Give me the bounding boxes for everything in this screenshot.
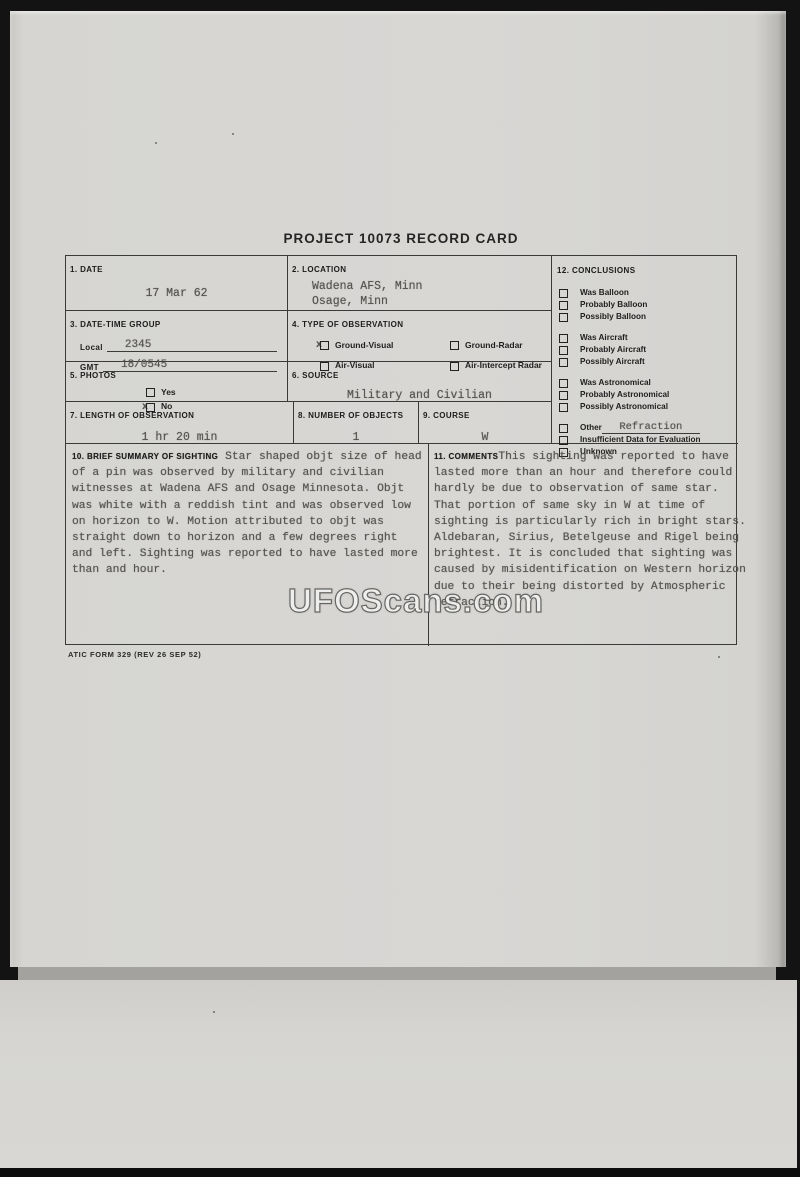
- conclusion-item-other: Other Refraction: [557, 422, 735, 434]
- conclusion-label: Was Aircraft: [580, 332, 628, 344]
- checkbox-icon: [559, 346, 568, 355]
- checkbox-icon: [559, 301, 568, 310]
- conclusion-item: Possibly Astronomical: [557, 401, 735, 413]
- conclusion-label: Was Astronomical: [580, 377, 651, 389]
- field-number-of-objects: 8. NUMBER OF OBJECTS 1: [294, 402, 419, 444]
- field-length-label: 7. LENGTH OF OBSERVATION: [70, 411, 194, 420]
- field-location-value-line1: Wadena AFS, Minn: [312, 280, 547, 293]
- scan-speck: [718, 656, 720, 658]
- field-summary-label: 10. BRIEF SUMMARY OF SIGHTING: [72, 452, 218, 461]
- conclusion-item: Probably Balloon: [557, 299, 735, 311]
- field-source: 6. SOURCE Military and Civilian: [288, 362, 552, 402]
- field-dtg-label: 3. DATE-TIME GROUP: [70, 320, 161, 329]
- field-course-value: W: [423, 431, 547, 444]
- checkbox-icon: [559, 424, 568, 433]
- checkbox-icon: [559, 403, 568, 412]
- field-course-label: 9. COURSE: [423, 411, 470, 420]
- option-ground-visual: xGround-Visual: [316, 340, 446, 351]
- scanned-document-page: { "page": { "watermark": "UFOScans.com",…: [0, 0, 800, 1177]
- conclusions-balloon-group: Was Balloon Probably Balloon Possibly Ba…: [557, 287, 735, 323]
- field-date-time-group: 3. DATE-TIME GROUP Local 2345 GMT 18/054…: [66, 311, 288, 362]
- scanner-bed-band: [0, 1168, 800, 1177]
- conclusion-label: Probably Balloon: [580, 299, 647, 311]
- lower-paper-sheet: [0, 980, 797, 1168]
- field-conclusions-label: 12. CONCLUSIONS: [557, 266, 635, 275]
- checkbox-icon: [559, 313, 568, 322]
- conclusion-item: Possibly Balloon: [557, 311, 735, 323]
- field-comments-label: 11. COMMENTS: [434, 452, 498, 461]
- field-date-value: 17 Mar 62: [70, 287, 283, 300]
- field-conclusions: 12. CONCLUSIONS Was Balloon Probably Bal…: [552, 256, 738, 444]
- conclusion-label: Possibly Astronomical: [580, 401, 668, 413]
- option-photos-yes: Yes: [142, 387, 283, 397]
- dtg-local-line: Local 2345: [80, 339, 277, 352]
- field-date: 1. DATE 17 Mar 62: [66, 256, 288, 311]
- field-photos-label: 5. PHOTOS: [70, 371, 116, 380]
- conclusion-item: Was Aircraft: [557, 332, 735, 344]
- checkbox-icon: [559, 289, 568, 298]
- dtg-local-label: Local: [80, 343, 103, 352]
- option-label: Yes: [161, 387, 176, 397]
- conclusion-label: Possibly Aircraft: [580, 356, 645, 368]
- field-photos: 5. PHOTOS Yes xNo: [66, 362, 288, 402]
- checkbox-icon: [450, 341, 459, 350]
- page-title: PROJECT 10073 RECORD CARD: [65, 231, 737, 246]
- scan-speck: [155, 142, 157, 144]
- field-course: 9. COURSE W: [419, 402, 552, 444]
- field-length-of-observation: 7. LENGTH OF OBSERVATION 1 hr 20 min: [66, 402, 294, 444]
- field-number-value: 1: [298, 431, 414, 444]
- checkbox-icon: [559, 334, 568, 343]
- conclusion-item: Probably Astronomical: [557, 389, 735, 401]
- checkbox-icon: [559, 391, 568, 400]
- field-length-value: 1 hr 20 min: [70, 431, 289, 444]
- conclusion-label: Possibly Balloon: [580, 311, 646, 323]
- checkbox-icon: [146, 388, 155, 397]
- conclusions-astronomical-group: Was Astronomical Probably Astronomical P…: [557, 377, 735, 413]
- field-summary-text: Star shaped objt size of head of a pin w…: [72, 451, 422, 576]
- field-location-value-line2: Osage, Minn: [312, 295, 547, 308]
- checkbox-icon: [320, 341, 329, 350]
- conclusion-item: Was Astronomical: [557, 377, 735, 389]
- conclusion-item: Probably Aircraft: [557, 344, 735, 356]
- option-label: Ground-Radar: [465, 340, 523, 350]
- watermark: UFOScans.com: [288, 582, 544, 620]
- conclusion-item: Was Balloon: [557, 287, 735, 299]
- conclusion-other-value: Refraction: [602, 422, 700, 434]
- field-date-label: 1. DATE: [70, 265, 103, 274]
- summary-text-block: 10. BRIEF SUMMARY OF SIGHTING Star shape…: [72, 449, 422, 579]
- conclusions-aircraft-group: Was Aircraft Probably Aircraft Possibly …: [557, 332, 735, 368]
- option-label: Ground-Visual: [335, 340, 393, 350]
- field-type-label: 4. TYPE OF OBSERVATION: [292, 320, 403, 329]
- field-location-label: 2. LOCATION: [292, 265, 346, 274]
- conclusion-other-label: Other: [580, 422, 602, 434]
- conclusion-label: Probably Aircraft: [580, 344, 646, 356]
- checkbox-icon: [559, 358, 568, 367]
- option-ground-radar: Ground-Radar: [446, 340, 547, 351]
- scan-speck: [232, 133, 234, 135]
- conclusion-label: Was Balloon: [580, 287, 629, 299]
- field-source-value: Military and Civilian: [292, 389, 547, 402]
- form-number-footer: ATIC FORM 329 (REV 26 SEP 52): [68, 650, 201, 659]
- field-type-of-observation: 4. TYPE OF OBSERVATION xGround-Visual Gr…: [288, 311, 552, 362]
- conclusion-label: Probably Astronomical: [580, 389, 669, 401]
- checkbox-icon: [559, 379, 568, 388]
- field-location: 2. LOCATION Wadena AFS, Minn Osage, Minn: [288, 256, 552, 311]
- sheet-edge-shadow: [18, 967, 776, 980]
- field-number-label: 8. NUMBER OF OBJECTS: [298, 411, 403, 420]
- scan-speck: [213, 1011, 215, 1013]
- field-source-label: 6. SOURCE: [292, 371, 339, 380]
- conclusion-item: Possibly Aircraft: [557, 356, 735, 368]
- dtg-local-value: 2345: [107, 339, 277, 352]
